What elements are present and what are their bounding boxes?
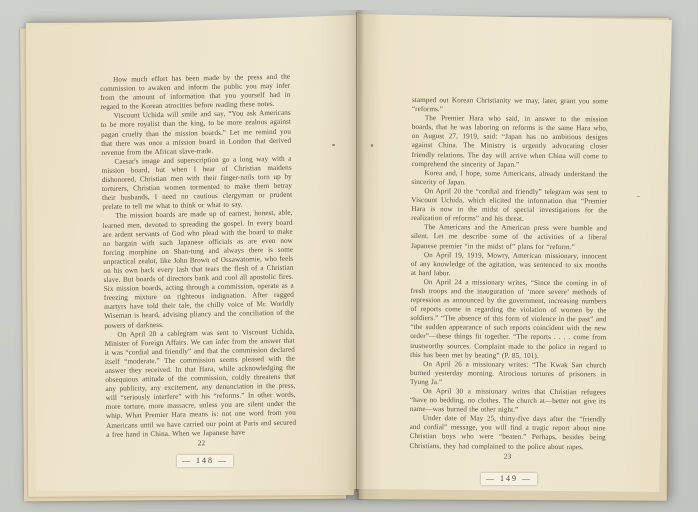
paper-speck — [637, 196, 640, 197]
paragraph: On April 24 a missionary writes, “Since … — [410, 278, 607, 361]
left-page: How much effort has been made by the pre… — [22, 12, 360, 494]
paragraph: Caesar's image and superscription go a l… — [101, 155, 292, 213]
paragraph: On April 20 a cablegram was sent to Visc… — [104, 327, 296, 439]
paragraph: How much effort has been made by the pre… — [100, 73, 291, 113]
right-page-text-block: stamped out Korean Christianity we may, … — [409, 96, 608, 461]
paragraph: Under date of May 25, thirty-five days a… — [410, 414, 606, 452]
paragraph: stamped out Korean Christianity we may, … — [412, 96, 608, 116]
left-page-text-block: How much effort has been made by the pre… — [100, 73, 296, 449]
book-photograph: How much effort has been made by the pre… — [0, 0, 698, 512]
paper-speck — [371, 144, 373, 147]
folio-stamp: — 148 — — [177, 455, 233, 467]
paragraph: On April 19, 1919, Mowry, American missi… — [411, 251, 607, 280]
paragraph: On April 20 the “cordial and friendly” t… — [411, 187, 607, 225]
right-page: stamped out Korean Christianity we may, … — [356, 12, 676, 496]
paragraph: The Americans and the American press wer… — [411, 223, 607, 252]
paragraph: On April 26 a missionary writes: “The Kw… — [410, 360, 606, 389]
page-number: 23 — [409, 451, 605, 461]
paragraph: Korea and, I hope, some Americans, alrea… — [411, 169, 607, 189]
paragraph: The mission boards are made up of earnes… — [102, 209, 294, 331]
paragraph: On April 30 a missionary writes that Chr… — [410, 387, 606, 416]
folio-stamp: — 149 — — [481, 473, 537, 485]
paper-speck — [332, 144, 335, 146]
paragraph: The Premier Hara who said, in answer to … — [411, 114, 607, 170]
paragraph: Viscount Uchida will smile and say, “You… — [101, 109, 292, 158]
